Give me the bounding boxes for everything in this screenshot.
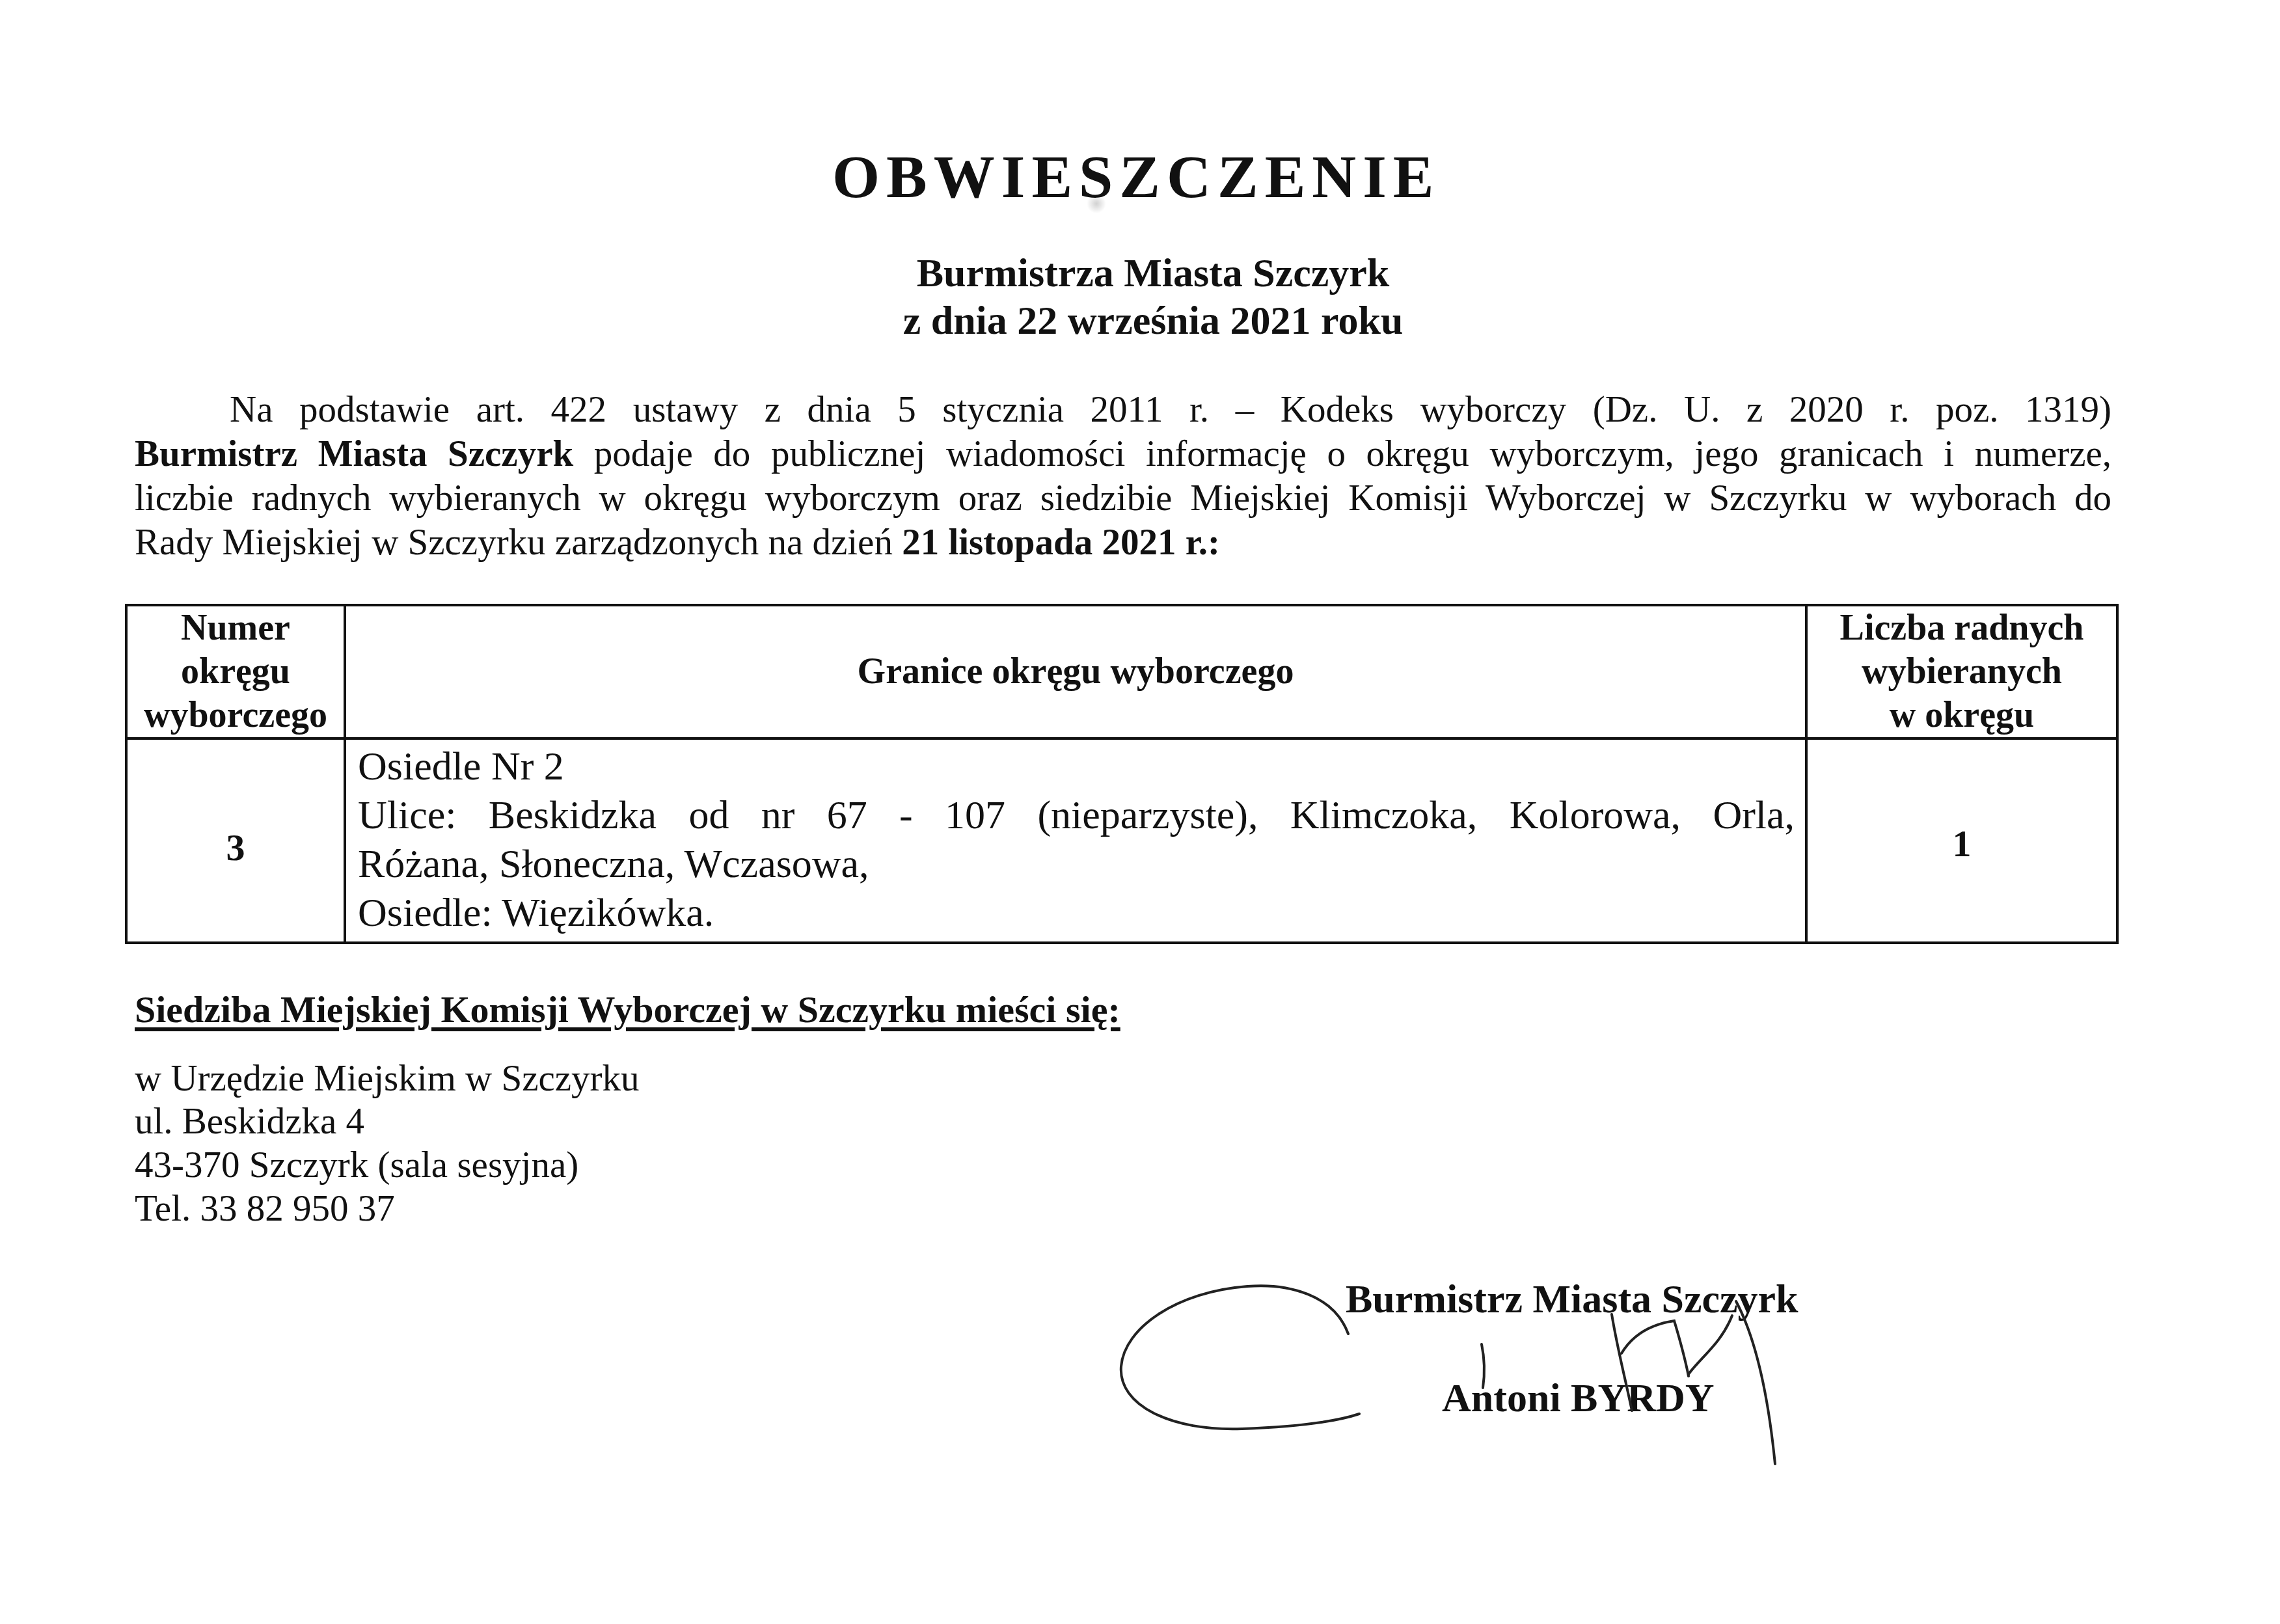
district-bounds: Osiedle Nr 2 Ulice: Beskidzka od nr 67 -… — [345, 738, 1806, 943]
word: podaje — [594, 433, 693, 474]
word: i — [1944, 433, 1954, 474]
word: 67 — [827, 793, 867, 837]
district-number: 3 — [126, 738, 345, 943]
bounds-line: Ulice: Beskidzka od nr 67 - 107 (nieparz… — [358, 791, 1795, 840]
word: oraz — [958, 478, 1022, 519]
word: – — [1236, 389, 1255, 430]
intro-paragraph: Na podstawie art. 422 ustawy z dnia 5 st… — [135, 388, 2111, 565]
signatory-name: Antoni BYRDY — [1442, 1375, 1715, 1422]
word: Miejskiej — [1190, 478, 1330, 519]
word: Na — [230, 389, 273, 430]
word: Klimczoka, — [1290, 793, 1478, 837]
word: wyborach — [1910, 478, 2056, 519]
issuer-line: Burmistrza Miasta Szczyrk — [0, 250, 2280, 296]
header-line: w okręgu — [1808, 694, 2116, 737]
word: Kodeks — [1281, 389, 1394, 430]
header-line: okręgu — [128, 650, 344, 694]
header-line: Liczba radnych — [1808, 606, 2116, 650]
stamp-mark — [1087, 194, 1106, 213]
councillor-count: 1 — [1806, 738, 2117, 943]
district-table: Numer okręgu wyborczego Granice okręgu w… — [125, 604, 2119, 944]
word: jego — [1694, 433, 1758, 474]
word: r. — [1189, 389, 1209, 430]
word: o — [1327, 433, 1346, 474]
word: z — [765, 389, 781, 430]
word: granicach — [1779, 433, 1923, 474]
word: 1319) — [2025, 389, 2111, 430]
word: podstawie — [299, 389, 450, 430]
word: okręgu — [1366, 433, 1469, 474]
phone-line: Tel. 33 82 950 37 — [135, 1187, 395, 1230]
bounds-line: Osiedle: Więzikówka. — [358, 889, 1795, 938]
word: numerze, — [1975, 433, 2111, 474]
intro-line-1: Na podstawie art. 422 ustawy z dnia 5 st… — [135, 388, 2111, 432]
election-date: 21 listopada 2021 r.: — [902, 522, 1220, 563]
word: Orla, — [1713, 793, 1795, 837]
word: z — [1746, 389, 1763, 430]
word: radnych — [252, 478, 372, 519]
page-title: OBWIESZCZENIE — [832, 144, 1426, 210]
word: od — [688, 793, 729, 837]
word: 2020 — [1789, 389, 1864, 430]
bounds-line: Osiedle Nr 2 — [358, 742, 1795, 791]
word: r. — [1890, 389, 1909, 430]
word: do — [713, 433, 750, 474]
word: liczbie — [135, 478, 234, 519]
header-line: Numer — [128, 606, 344, 650]
word: okręgu — [644, 478, 747, 519]
word: 2011 — [1091, 389, 1163, 430]
word: do — [2074, 478, 2111, 519]
word: publicznej — [771, 433, 925, 474]
word: w — [1865, 478, 1892, 519]
table-header-row: Numer okręgu wyborczego Granice okręgu w… — [126, 605, 2117, 738]
header-line: wybieranych — [1808, 650, 2116, 694]
header-district-bounds: Granice okręgu wyborczego — [345, 605, 1806, 738]
word: dnia — [808, 389, 871, 430]
word: wiadomości — [946, 433, 1125, 474]
header-line: wyborczego — [128, 694, 344, 737]
commission-seat-heading: Siedziba Miejskiej Komisji Wyborczej w S… — [135, 988, 1120, 1031]
address-line: 43-370 Szczyrk (sala sesyjna) — [135, 1144, 578, 1187]
word: Ulice: — [358, 793, 457, 837]
word: poz. — [1936, 389, 1999, 430]
word: informację — [1146, 433, 1307, 474]
word: wyborczym — [765, 478, 940, 519]
word: Beskidzka — [489, 793, 657, 837]
word: w — [1664, 478, 1690, 519]
intro-line-2: Burmistrz Miasta Szczyrk podaje do publi… — [135, 432, 2111, 476]
word: (nieparzyste), — [1037, 793, 1258, 837]
word: 107 — [945, 793, 1005, 837]
word: nr — [761, 793, 795, 837]
intro-line-3: liczbie radnych wybieranych w okręgu wyb… — [135, 476, 2111, 521]
address-line: w Urzędzie Miejskim w Szczyrku — [135, 1057, 640, 1100]
word: - — [899, 793, 913, 837]
word: Burmistrz Miasta Szczyrk — [135, 433, 573, 474]
bounds-line: Różana, Słoneczna, Wczasowa, — [358, 840, 1795, 889]
word: U. — [1684, 389, 1720, 430]
intro-line-4-text: Rady Miejskiej w Szczyrku zarządzonych n… — [135, 522, 893, 563]
header-district-number: Numer okręgu wyborczego — [126, 605, 345, 738]
signatory-title: Burmistrz Miasta Szczyrk — [1346, 1277, 1798, 1323]
intro-line-4: Rady Miejskiej w Szczyrku zarządzonych n… — [135, 521, 2111, 565]
word: 5 — [897, 389, 916, 430]
word: 422 — [551, 389, 607, 430]
word: Wyborczej — [1486, 478, 1646, 519]
table-row: 3 Osiedle Nr 2 Ulice: Beskidzka od nr 67… — [126, 738, 2117, 943]
address-line: ul. Beskidzka 4 — [135, 1100, 364, 1143]
word: art. — [476, 389, 524, 430]
word: Szczyrku — [1709, 478, 1847, 519]
word: stycznia — [942, 389, 1064, 430]
word: wyborczy — [1420, 389, 1566, 430]
word: wybieranych — [389, 478, 580, 519]
word: Kolorowa, — [1510, 793, 1681, 837]
header-councillor-count: Liczba radnych wybieranych w okręgu — [1806, 605, 2117, 738]
word: Komisji — [1348, 478, 1468, 519]
word: wyborczym, — [1489, 433, 1674, 474]
word: (Dz. — [1593, 389, 1658, 430]
word: siedzibie — [1040, 478, 1173, 519]
word: w — [599, 478, 626, 519]
date-line: z dnia 22 września 2021 roku — [0, 298, 2280, 344]
word: ustawy — [633, 389, 738, 430]
